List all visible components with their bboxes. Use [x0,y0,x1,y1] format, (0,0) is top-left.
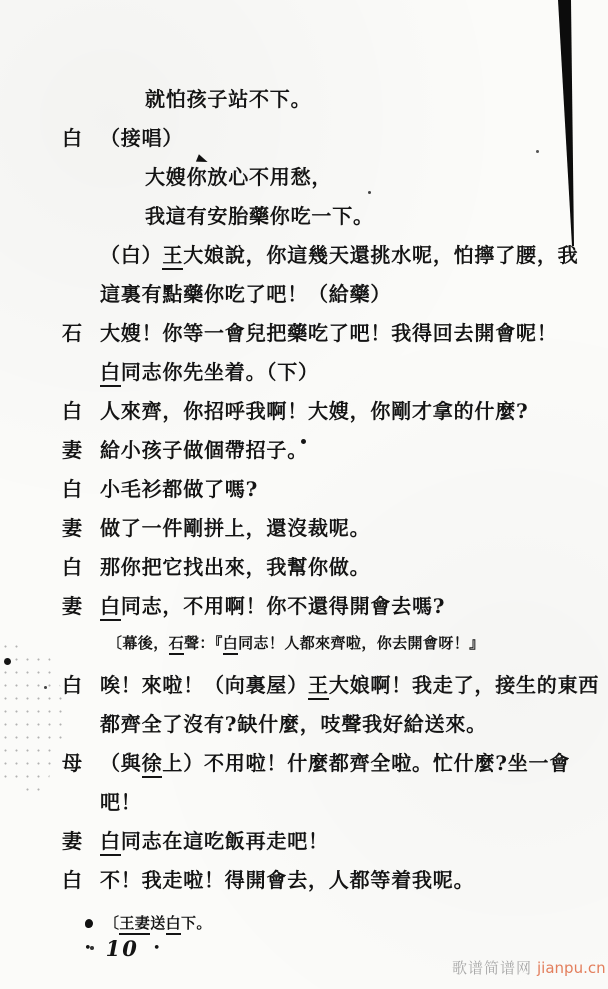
script-line: 〔王妻送白下。 [0,906,608,940]
dialogue-text: 大嫂！你等一會兒把藥吃了吧！我得回去開會呢！ [100,321,558,345]
dialogue-text: 〔幕後，石聲：『白同志！人都來齊啦，你去開會呀！』 [107,634,485,655]
dialogue-text: 小毛衫都做了嗎? [100,477,258,501]
proper-name-underlined: 王妻 [119,914,150,935]
watermark: 歌谱简谱网jianpu.cn [452,957,606,978]
script-line: 妻白同志，不用啊！你不還得開會去嗎? [0,587,608,626]
dialogue-text: 給小孩子做個帶招子。 [100,438,308,462]
script-line: 妻給小孩子做個帶招子。 [0,431,608,470]
script-line: 白唉！來啦！（向裏屋）王大娘啊！我走了，接生的東西 [0,666,608,705]
proper-name-underlined: 徐 [142,751,163,778]
page-number-value: 10 [106,936,139,961]
noise-speck [368,191,371,194]
script-line: 白人來齊，你招呼我啊！大嫂，你剛才拿的什麼? [0,392,608,431]
dialogue-text: 我這有安胎藥你吃一下。 [145,204,374,228]
script-line: 就怕孩子站不下。 [0,80,608,119]
speaker-label: 白 [62,119,83,158]
script-line: 白那你把它找出來，我幫你做。 [0,548,608,587]
script-line: 這裏有點藥你吃了吧！（給藥） [0,275,608,314]
proper-name-underlined: 石 [169,634,184,655]
proper-name-underlined: 王 [162,243,183,270]
dialogue-text: 不！我走啦！得開會去，人都等着我呢。 [100,868,474,892]
dialogue-text: 〔王妻送白下。 [104,914,212,935]
dialogue-text: 就怕孩子站不下。 [145,87,311,111]
script-line: 都齊全了沒有?缺什麼，吱聲我好給送來。 [0,705,608,744]
script-line: 妻白同志在這吃飯再走吧！ [0,822,608,861]
page-number: • 10 • [84,936,161,961]
script-line: （白）王大娘說，你這幾天還挑水呢，怕擰了腰，我 [0,236,608,275]
dialogue-text: 白同志，不用啊！你不還得開會去嗎? [100,594,445,621]
script-line: 〔幕後，石聲：『白同志！人都來齊啦，你去開會呀！』 [0,626,608,660]
scan-artifact-line [550,0,584,252]
script-line: 白不！我走啦！得開會去，人都等着我呢。 [0,861,608,900]
speaker-label: 母 [62,744,83,783]
dialogue-text: 大嫂你放心不用愁， [145,165,332,189]
dialogue-text: 這裏有點藥你吃了吧！（給藥） [100,282,391,306]
script-line: 吧！ [0,783,608,822]
proper-name-underlined: 王 [308,673,329,700]
proper-name-underlined: 白 [166,914,181,935]
dialogue-text: 人來齊，你招呼我啊！大嫂，你剛才拿的什麼? [100,399,529,423]
script-line: 妻做了一件剛拼上，還沒裁呢。 [0,509,608,548]
script-line: 母（與徐上）不用啦！什麼都齊全啦。忙什麼?坐一會 [0,744,608,783]
dialogue-text: （白）王大娘說，你這幾天還挑水呢，怕擰了腰，我 [100,243,578,270]
proper-name-underlined: 白 [100,594,121,621]
speaker-label: 白 [62,470,83,509]
script-line: 我這有安胎藥你吃一下。 [0,197,608,236]
speaker-label: 妻 [62,587,83,626]
dialogue-text: 做了一件剛拼上，還沒裁呢。 [100,516,370,540]
dialogue-text: （與徐上）不用啦！什麼都齊全啦。忙什麼?坐一會 [100,751,570,778]
dialogue-text: 吧！ [100,790,142,814]
script-line: 石大嫂！你等一會兒把藥吃了吧！我得回去開會呢！ [0,314,608,353]
noise-speck [536,150,539,153]
dialogue-text: 都齊全了沒有?缺什麼，吱聲我好給送來。 [100,712,487,736]
proper-name-underlined: 白 [223,634,238,655]
scanned-page: 就怕孩子站不下。白（接唱）大嫂你放心不用愁，我這有安胎藥你吃一下。（白）王大娘說… [0,0,608,989]
dialogue-text: 白同志在這吃飯再走吧！ [100,829,329,856]
noise-speck [90,946,94,950]
script-line: 大嫂你放心不用愁， [0,158,608,197]
dialogue-text: 那你把它找出來，我幫你做。 [100,555,370,579]
speaker-label: 石 [62,314,83,353]
speaker-label: 妻 [62,509,83,548]
script-line: 白（接唱） [0,119,608,158]
watermark-site-url: jianpu.cn [537,959,606,977]
dialogue-text: 白同志你先坐着。（下） [100,360,319,387]
script-line: 白同志你先坐着。（下） [0,353,608,392]
speaker-label: 白 [62,861,83,900]
proper-name-underlined: 白 [100,829,121,856]
dialogue-text: （接唱） [100,126,183,150]
script-lines: 就怕孩子站不下。白（接唱）大嫂你放心不用愁，我這有安胎藥你吃一下。（白）王大娘說… [0,80,608,940]
bullet-dot [85,919,93,928]
speaker-label: 妻 [62,431,83,470]
watermark-site-name: 歌谱简谱网 [452,959,532,977]
page-number-dot-right: • [153,942,161,955]
speaker-label: 妻 [62,822,83,861]
dialogue-text: 唉！來啦！（向裏屋）王大娘啊！我走了，接生的東西 [100,673,599,700]
speaker-label: 白 [62,392,83,431]
speaker-label: 白 [62,548,83,587]
proper-name-underlined: 白 [100,360,121,387]
noise-speck [301,439,306,444]
script-line: 白小毛衫都做了嗎? [0,470,608,509]
